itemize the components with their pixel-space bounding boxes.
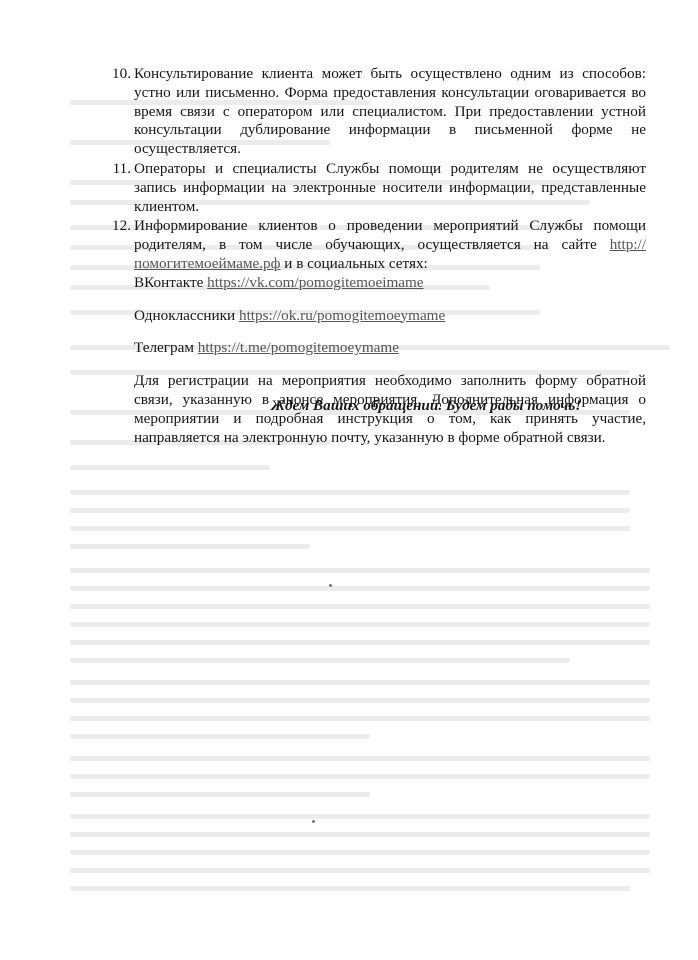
bleed-line (70, 508, 630, 513)
bleed-line (70, 814, 650, 819)
bleed-line (70, 716, 650, 721)
item-text: Операторы и специалисты Службы помощи ро… (134, 160, 646, 215)
social-links: ВКонтакте https://vk.com/pomogitemoeimam… (134, 274, 646, 358)
bleed-line (70, 774, 650, 779)
bleed-line (70, 734, 370, 739)
bleed-line (70, 544, 310, 549)
item-number: 11. (101, 160, 131, 179)
social-label: Телеграм (134, 339, 194, 356)
numbered-list: 10. Консультирование клиента может быть … (134, 65, 646, 447)
bleed-line (70, 490, 630, 495)
bleed-line (70, 465, 270, 470)
bleed-line (70, 868, 650, 873)
bleed-line (70, 640, 650, 645)
bleed-line (70, 622, 650, 627)
bleed-line (70, 698, 650, 703)
social-vk: ВКонтакте https://vk.com/pomogitemoeimam… (134, 274, 646, 293)
social-label: ВКонтакте (134, 274, 203, 291)
bleed-line (70, 586, 650, 591)
vk-link[interactable]: https://vk.com/pomogitemoeimame (207, 274, 423, 291)
scan-speck (329, 584, 332, 587)
telegram-link[interactable]: https://t.me/pomogitemoeymame (198, 339, 399, 356)
item-number: 10. (101, 65, 131, 84)
item-text: Информирование клиентов о проведении мер… (134, 217, 646, 253)
closing-line: Ждем Ваших обращений. Будем рады помочь! (271, 397, 581, 415)
item-number: 12. (101, 217, 131, 236)
list-item: 11. Операторы и специалисты Службы помощ… (134, 160, 646, 216)
bleed-line (70, 850, 650, 855)
ok-link[interactable]: https://ok.ru/pomogitemoeymame (239, 307, 445, 324)
scan-speck (312, 820, 315, 823)
bleed-line (70, 832, 650, 837)
bleed-line (70, 604, 650, 609)
social-telegram: Телеграм https://t.me/pomogitemoeymame (134, 339, 646, 358)
bleed-line (70, 658, 570, 663)
bleed-line (70, 756, 650, 761)
bleed-line (70, 526, 630, 531)
item-text: Консультирование клиента может быть осущ… (134, 65, 646, 157)
bleed-line (70, 680, 650, 685)
list-item: 10. Консультирование клиента может быть … (134, 65, 646, 159)
scanned-page: 10. Консультирование клиента может быть … (0, 0, 698, 960)
item-text-continued: и в социальных сетях: (280, 255, 427, 272)
social-ok: Одноклассники https://ok.ru/pomogitemoey… (134, 307, 646, 326)
document-body: 10. Консультирование клиента может быть … (134, 65, 646, 448)
bleed-line (70, 792, 370, 797)
bleed-line (70, 568, 650, 573)
social-label: Одноклассники (134, 307, 235, 324)
bleed-line (70, 886, 630, 891)
